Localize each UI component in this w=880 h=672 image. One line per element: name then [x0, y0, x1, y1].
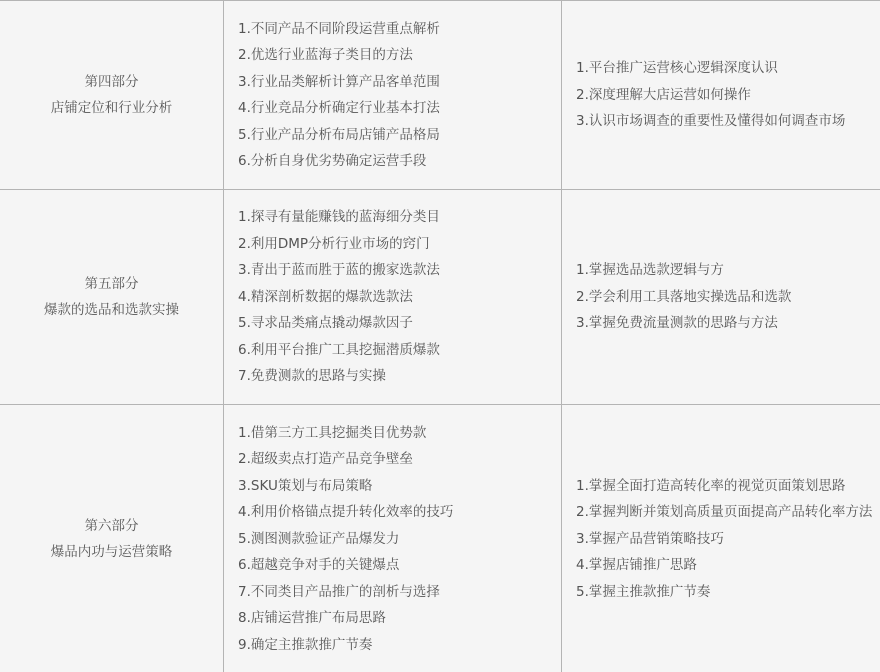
goal-item: 2.学会利用工具落地实操选品和选款 [576, 284, 873, 311]
content-item: 5.行业产品分析布局店铺产品格局 [238, 122, 553, 149]
table-row-part-5: 第五部分 爆款的选品和选款实操 1.探寻有量能赚钱的蓝海细分类目 2.利用DMP… [0, 190, 880, 405]
goal-item: 3.掌握产品营销策略技巧 [576, 526, 873, 553]
content-item: 7.免费测款的思路与实操 [238, 363, 553, 390]
section-title: 第四部分 [0, 69, 223, 96]
content-item: 3.青出于蓝而胜于蓝的搬家选款法 [238, 257, 553, 284]
content-cell: 1.不同产品不同阶段运营重点解析 2.优选行业蓝海子类目的方法 3.行业品类解析… [224, 1, 562, 190]
content-item: 2.优选行业蓝海子类目的方法 [238, 42, 553, 69]
goal-item: 5.掌握主推款推广节奏 [576, 579, 873, 606]
goal-item: 1.掌握全面打造高转化率的视觉页面策划思路 [576, 473, 873, 500]
goals-cell: 1.掌握选品选款逻辑与方 2.学会利用工具落地实操选品和选款 3.掌握免费流量测… [562, 190, 880, 405]
goal-item: 1.平台推广运营核心逻辑深度认识 [576, 55, 873, 82]
content-item: 4.利用价格锚点提升转化效率的技巧 [238, 499, 553, 526]
course-outline-table: 第四部分 店铺定位和行业分析 1.不同产品不同阶段运营重点解析 2.优选行业蓝海… [0, 0, 880, 672]
content-item: 8.店铺运营推广布局思路 [238, 605, 553, 632]
section-cell: 第四部分 店铺定位和行业分析 [0, 1, 224, 190]
content-item: 9.确定主推款推广节奏 [238, 632, 553, 659]
section-subtitle: 爆款的选品和选款实操 [0, 297, 223, 324]
content-item: 1.不同产品不同阶段运营重点解析 [238, 16, 553, 43]
goal-item: 2.掌握判断并策划高质量页面提高产品转化率方法 [576, 499, 873, 526]
content-cell: 1.借第三方工具挖掘类目优势款 2.超级卖点打造产品竞争壁垒 3.SKU策划与布… [224, 405, 562, 672]
content-item: 6.超越竞争对手的关键爆点 [238, 552, 553, 579]
content-item: 1.探寻有量能赚钱的蓝海细分类目 [238, 204, 553, 231]
content-item: 1.借第三方工具挖掘类目优势款 [238, 420, 553, 447]
section-title: 第五部分 [0, 271, 223, 298]
content-item: 2.超级卖点打造产品竞争壁垒 [238, 446, 553, 473]
goal-item: 2.深度理解大店运营如何操作 [576, 82, 873, 109]
content-item: 6.利用平台推广工具挖掘潜质爆款 [238, 337, 553, 364]
content-cell: 1.探寻有量能赚钱的蓝海细分类目 2.利用DMP分析行业市场的窍门 3.青出于蓝… [224, 190, 562, 405]
content-item: 3.SKU策划与布局策略 [238, 473, 553, 500]
section-title: 第六部分 [0, 513, 223, 540]
section-subtitle: 爆品内功与运营策略 [0, 539, 223, 566]
goals-cell: 1.平台推广运营核心逻辑深度认识 2.深度理解大店运营如何操作 3.认识市场调查… [562, 1, 880, 190]
goals-cell: 1.掌握全面打造高转化率的视觉页面策划思路 2.掌握判断并策划高质量页面提高产品… [562, 405, 880, 672]
content-item: 4.行业竞品分析确定行业基本打法 [238, 95, 553, 122]
table-row-part-6: 第六部分 爆品内功与运营策略 1.借第三方工具挖掘类目优势款 2.超级卖点打造产… [0, 405, 880, 672]
content-item: 7.不同类目产品推广的剖析与选择 [238, 579, 553, 606]
section-cell: 第五部分 爆款的选品和选款实操 [0, 190, 224, 405]
content-item: 5.测图测款验证产品爆发力 [238, 526, 553, 553]
content-item: 4.精深剖析数据的爆款选款法 [238, 284, 553, 311]
goal-item: 3.掌握免费流量测款的思路与方法 [576, 310, 873, 337]
goal-item: 3.认识市场调查的重要性及懂得如何调查市场 [576, 108, 873, 135]
content-item: 3.行业品类解析计算产品客单范围 [238, 69, 553, 96]
content-item: 2.利用DMP分析行业市场的窍门 [238, 231, 553, 258]
section-cell: 第六部分 爆品内功与运营策略 [0, 405, 224, 672]
table-row-part-4: 第四部分 店铺定位和行业分析 1.不同产品不同阶段运营重点解析 2.优选行业蓝海… [0, 1, 880, 190]
content-item: 5.寻求品类痛点撬动爆款因子 [238, 310, 553, 337]
goal-item: 4.掌握店铺推广思路 [576, 552, 873, 579]
section-subtitle: 店铺定位和行业分析 [0, 95, 223, 122]
content-item: 6.分析自身优劣势确定运营手段 [238, 148, 553, 175]
goal-item: 1.掌握选品选款逻辑与方 [576, 257, 873, 284]
